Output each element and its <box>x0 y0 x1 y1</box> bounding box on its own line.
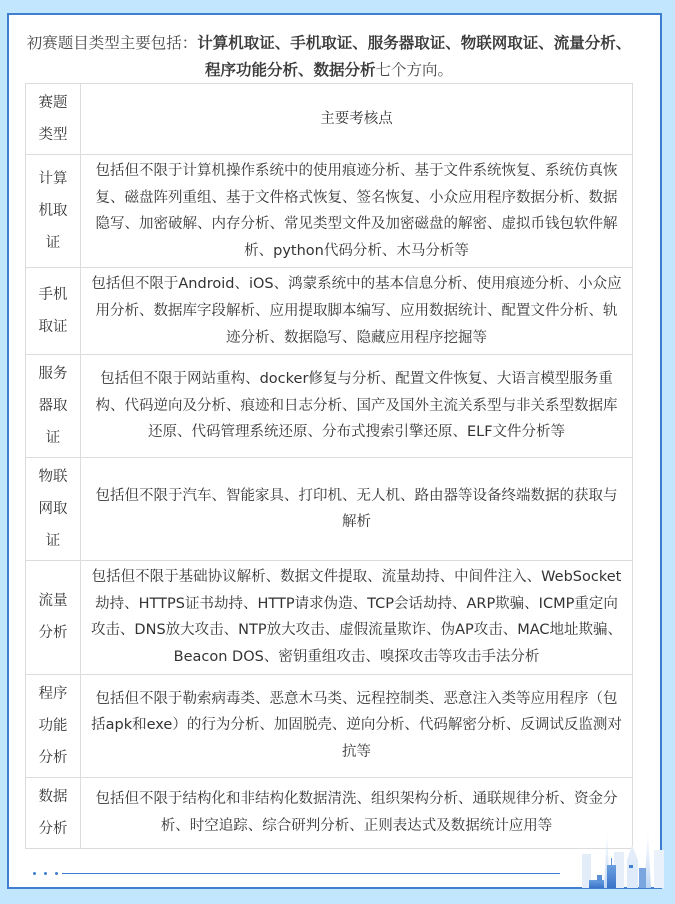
table-row: 数据分析 包括但不限于结构化和非结构化数据清洗、组织架构分析、通联规律分析、资金… <box>26 777 633 848</box>
table-row: 计算机取证 包括但不限于计算机操作系统中的使用痕迹分析、基于文件系统恢复、系统仿… <box>26 155 633 268</box>
row-type: 手机取证 <box>26 268 81 355</box>
table-row: 手机取证 包括但不限于Android、iOS、鸿蒙系统中的基本信息分析、使用痕迹… <box>26 268 633 355</box>
table-row: 流量分析 包括但不限于基础协议解析、数据文件提取、流量劫持、中间件注入、WebS… <box>26 561 633 674</box>
table-header-row: 赛题类型 主要考核点 <box>26 84 633 155</box>
intro-prefix: 初赛题目类型主要包括： <box>27 34 198 52</box>
table-row: 服务器取证 包括但不限于网站重构、docker修复与分析、配置文件恢复、大语言模… <box>26 355 633 458</box>
row-content: 包括但不限于勒索病毒类、恶意木马类、远程控制类、恶意注入类等应用程序（包括apk… <box>81 674 633 777</box>
row-type: 计算机取证 <box>26 155 81 268</box>
row-content: 包括但不限于网站重构、docker修复与分析、配置文件恢复、大语言模型服务重构、… <box>81 355 633 458</box>
row-type: 数据分析 <box>26 777 81 848</box>
row-content: 包括但不限于基础协议解析、数据文件提取、流量劫持、中间件注入、WebSocket… <box>81 561 633 674</box>
row-content: 包括但不限于结构化和非结构化数据清洗、组织架构分析、通联规律分析、资金分析、时空… <box>81 777 633 848</box>
row-content: 包括但不限于汽车、智能家具、打印机、无人机、路由器等设备终端数据的获取与解析 <box>81 458 633 561</box>
row-content: 包括但不限于计算机操作系统中的使用痕迹分析、基于文件系统恢复、系统仿真恢复、磁盘… <box>81 155 633 268</box>
table-row: 物联网取证 包括但不限于汽车、智能家具、打印机、无人机、路由器等设备终端数据的获… <box>26 458 633 561</box>
row-type: 物联网取证 <box>26 458 81 561</box>
row-type: 流量分析 <box>26 561 81 674</box>
table-row: 程序功能分析 包括但不限于勒索病毒类、恶意木马类、远程控制类、恶意注入类等应用程… <box>26 674 633 777</box>
footer-divider <box>62 873 560 874</box>
header-content: 主要考核点 <box>81 84 633 155</box>
row-content: 包括但不限于Android、iOS、鸿蒙系统中的基本信息分析、使用痕迹分析、小众… <box>81 268 633 355</box>
header-type: 赛题类型 <box>26 84 81 155</box>
city-skyline-icon <box>582 830 664 888</box>
row-type: 服务器取证 <box>26 355 81 458</box>
row-type: 程序功能分析 <box>26 674 81 777</box>
intro-paragraph: 初赛题目类型主要包括：计算机取证、手机取证、服务器取证、物联网取证、流量分析、程… <box>24 30 634 84</box>
exam-types-table: 赛题类型 主要考核点 计算机取证 包括但不限于计算机操作系统中的使用痕迹分析、基… <box>25 83 633 849</box>
intro-suffix: 七个方向。 <box>376 61 454 79</box>
